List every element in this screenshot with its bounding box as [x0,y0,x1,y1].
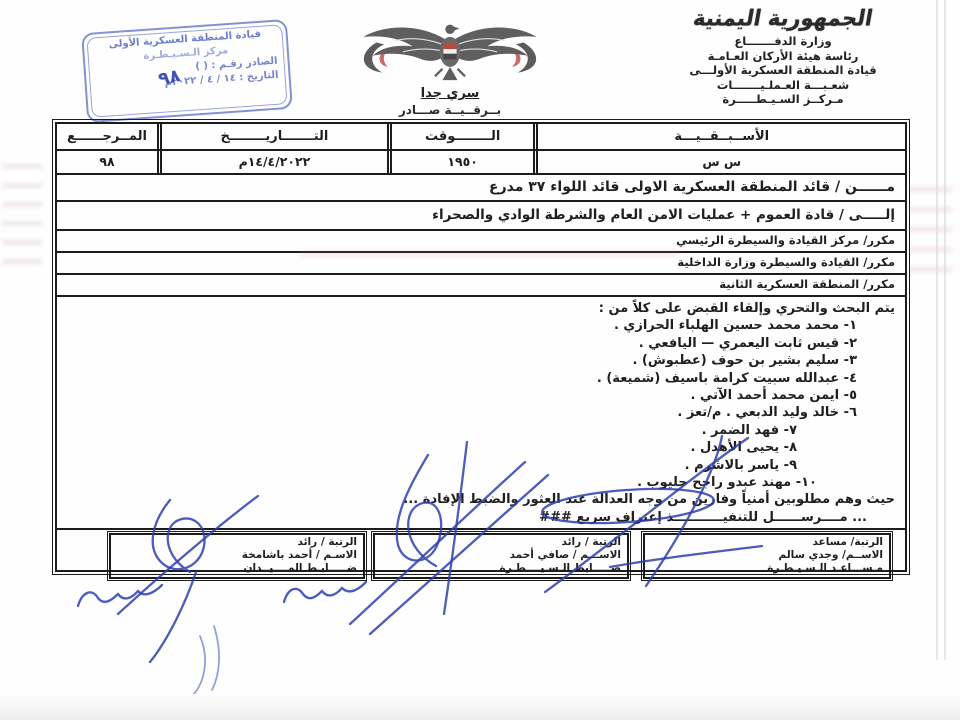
header-precedence: الأســبــقــيـــة [533,124,905,149]
wanted-person: ٥- ايمن محمد أحمد الآتي . [63,387,895,404]
body-closing: حيث وهم مطلوبين أمنياً وفارين من وجه الع… [63,491,895,508]
value-time: ١٩٥٠ [387,151,534,173]
body-dispatch-note: ... مــــرســــــل للتنفيـــــــــــذ إع… [63,509,895,526]
wanted-person: ٨- يحيى الأهدل . [63,439,895,456]
to-line: إلـــــى / قادة العموم + عمليات الامن ال… [57,202,905,231]
letterhead: الجمهورية اليمنية وزارة الدفـــــــاع رئ… [628,6,938,107]
value-reference: ٩٨ [57,151,157,173]
wanted-person: ٧- فهد الضمر . [63,422,895,439]
signature-row: الرتبة/ مساعد الاســم/ وجدي سالم مـســـا… [57,530,905,579]
signature-rank: الرتبة / رائد [377,536,621,549]
document-type-label: بــرقــيــة صـــادر [345,103,555,117]
signature-role: ضـــــابـط المــــيــدان [113,562,357,575]
body-intro: يتم البحث والتحري وإلقاء القبض على كلاً … [63,300,895,317]
wanted-person: ٤- عبدالله سبيت كرامة باسيف (شميعة) . [63,370,895,387]
message-body: يتم البحث والتحري وإلقاء القبض على كلاً … [57,297,905,530]
header-reference: المــرجــــــع [57,124,157,149]
classification-label: سري جدا [345,86,555,101]
from-line: مــــــن / قائد المنطقة العسكرية الاولى … [57,175,905,202]
cc-line: مكرر/ القيادة والسيطرة وزارة الداخلية [57,253,905,275]
value-date: ١٤/٤/٢٠٢٢م [157,151,387,173]
wanted-person: ٩- ياسر بالاشرم . [63,457,895,474]
org-line-staff: رئاسة هيئة الأركان العـامـة [628,49,938,64]
scan-edge-line [944,0,946,660]
stamp-serial-number: ٩٨ [156,65,182,90]
yemen-eagle-emblem [355,18,545,82]
pen-stroke [150,572,196,662]
org-line-ministry: وزارة الدفـــــــاع [628,34,938,49]
header-date: التـــــــاريــــــــخ [157,124,387,149]
org-line-operations: شعـبـــة العـملـيـــــــات [628,78,938,93]
cc-line: مكرر/ مركز القيادة والسيطرة الرئيسي [57,231,905,253]
scanned-telegram-page: الجمهورية اليمنية وزارة الدفـــــــاع رئ… [0,0,960,720]
meta-header-row: الأســبــقــيـــة الــــــــوقت التـــــ… [57,124,905,151]
registry-stamp: قيادة المنطقة العسكرية الأولى مركز الـسـ… [81,19,293,123]
signature-name: الاســـم / صافي أحمد [377,549,621,562]
pen-faint-mark [212,626,219,690]
scan-bottom-shade [0,694,960,720]
signature-rank: الرتبة/ مساعد [647,536,883,549]
signature-role: مـســـاعـد الـسـيـطـرة [647,562,883,575]
pen-date-scribble-middle [284,582,366,602]
header-center: سري جدا بــرقــيــة صـــادر [345,18,555,117]
wanted-person: ١٠- مهند عبدو راجح حليوب . [63,474,895,491]
header-time: الــــــــوقت [387,124,534,149]
wanted-person: ٢- قيس ثابت اليعمري — اليافعي . [63,335,895,352]
org-line-control-center: مـركــز السـيـطـــــرة [628,92,938,107]
signature-box-duty-officer: الرتبة / رائد الاسـم / أحمد باشامخة ضـــ… [109,533,365,579]
signature-name: الاسـم / أحمد باشامخة [113,549,357,562]
scan-edge-line [936,0,938,660]
pen-date-scribble-left [78,585,162,606]
wanted-person: ٣- سليم بشير بن حوف (عطبوش) . [63,352,895,369]
signature-role: ضـــــابط الـسـيــــطـرة [377,562,621,575]
signature-box-control-assistant: الرتبة/ مساعد الاســم/ وجدي سالم مـســـا… [643,533,891,579]
bleed-artifact [2,150,42,270]
value-precedence: س س [533,151,905,173]
cc-line: مكرر/ المنطقة العسكرية الثانية [57,275,905,297]
wanted-person: ٦- خالد وليد الدبعي . م/تعز . [63,404,895,421]
country-calligraphy: الجمهورية اليمنية [626,5,940,30]
signature-box-control-officer: الرتبة / رائد الاســـم / صافي أحمد ضــــ… [373,533,629,579]
telegram-form: الأســبــقــيـــة الــــــــوقت التـــــ… [55,122,907,572]
pen-faint-mark [192,636,205,696]
meta-values-row: س س ١٩٥٠ ١٤/٤/٢٠٢٢م ٩٨ [57,151,905,175]
signature-rank: الرتبة / رائد [113,536,357,549]
signature-name: الاســم/ وجدي سالم [647,549,883,562]
wanted-person: ١- محمد محمد حسين الهلباء الحرازي . [63,317,895,334]
org-line-region: قيادة المنطقة العسكرية الأولـــى [628,63,938,78]
